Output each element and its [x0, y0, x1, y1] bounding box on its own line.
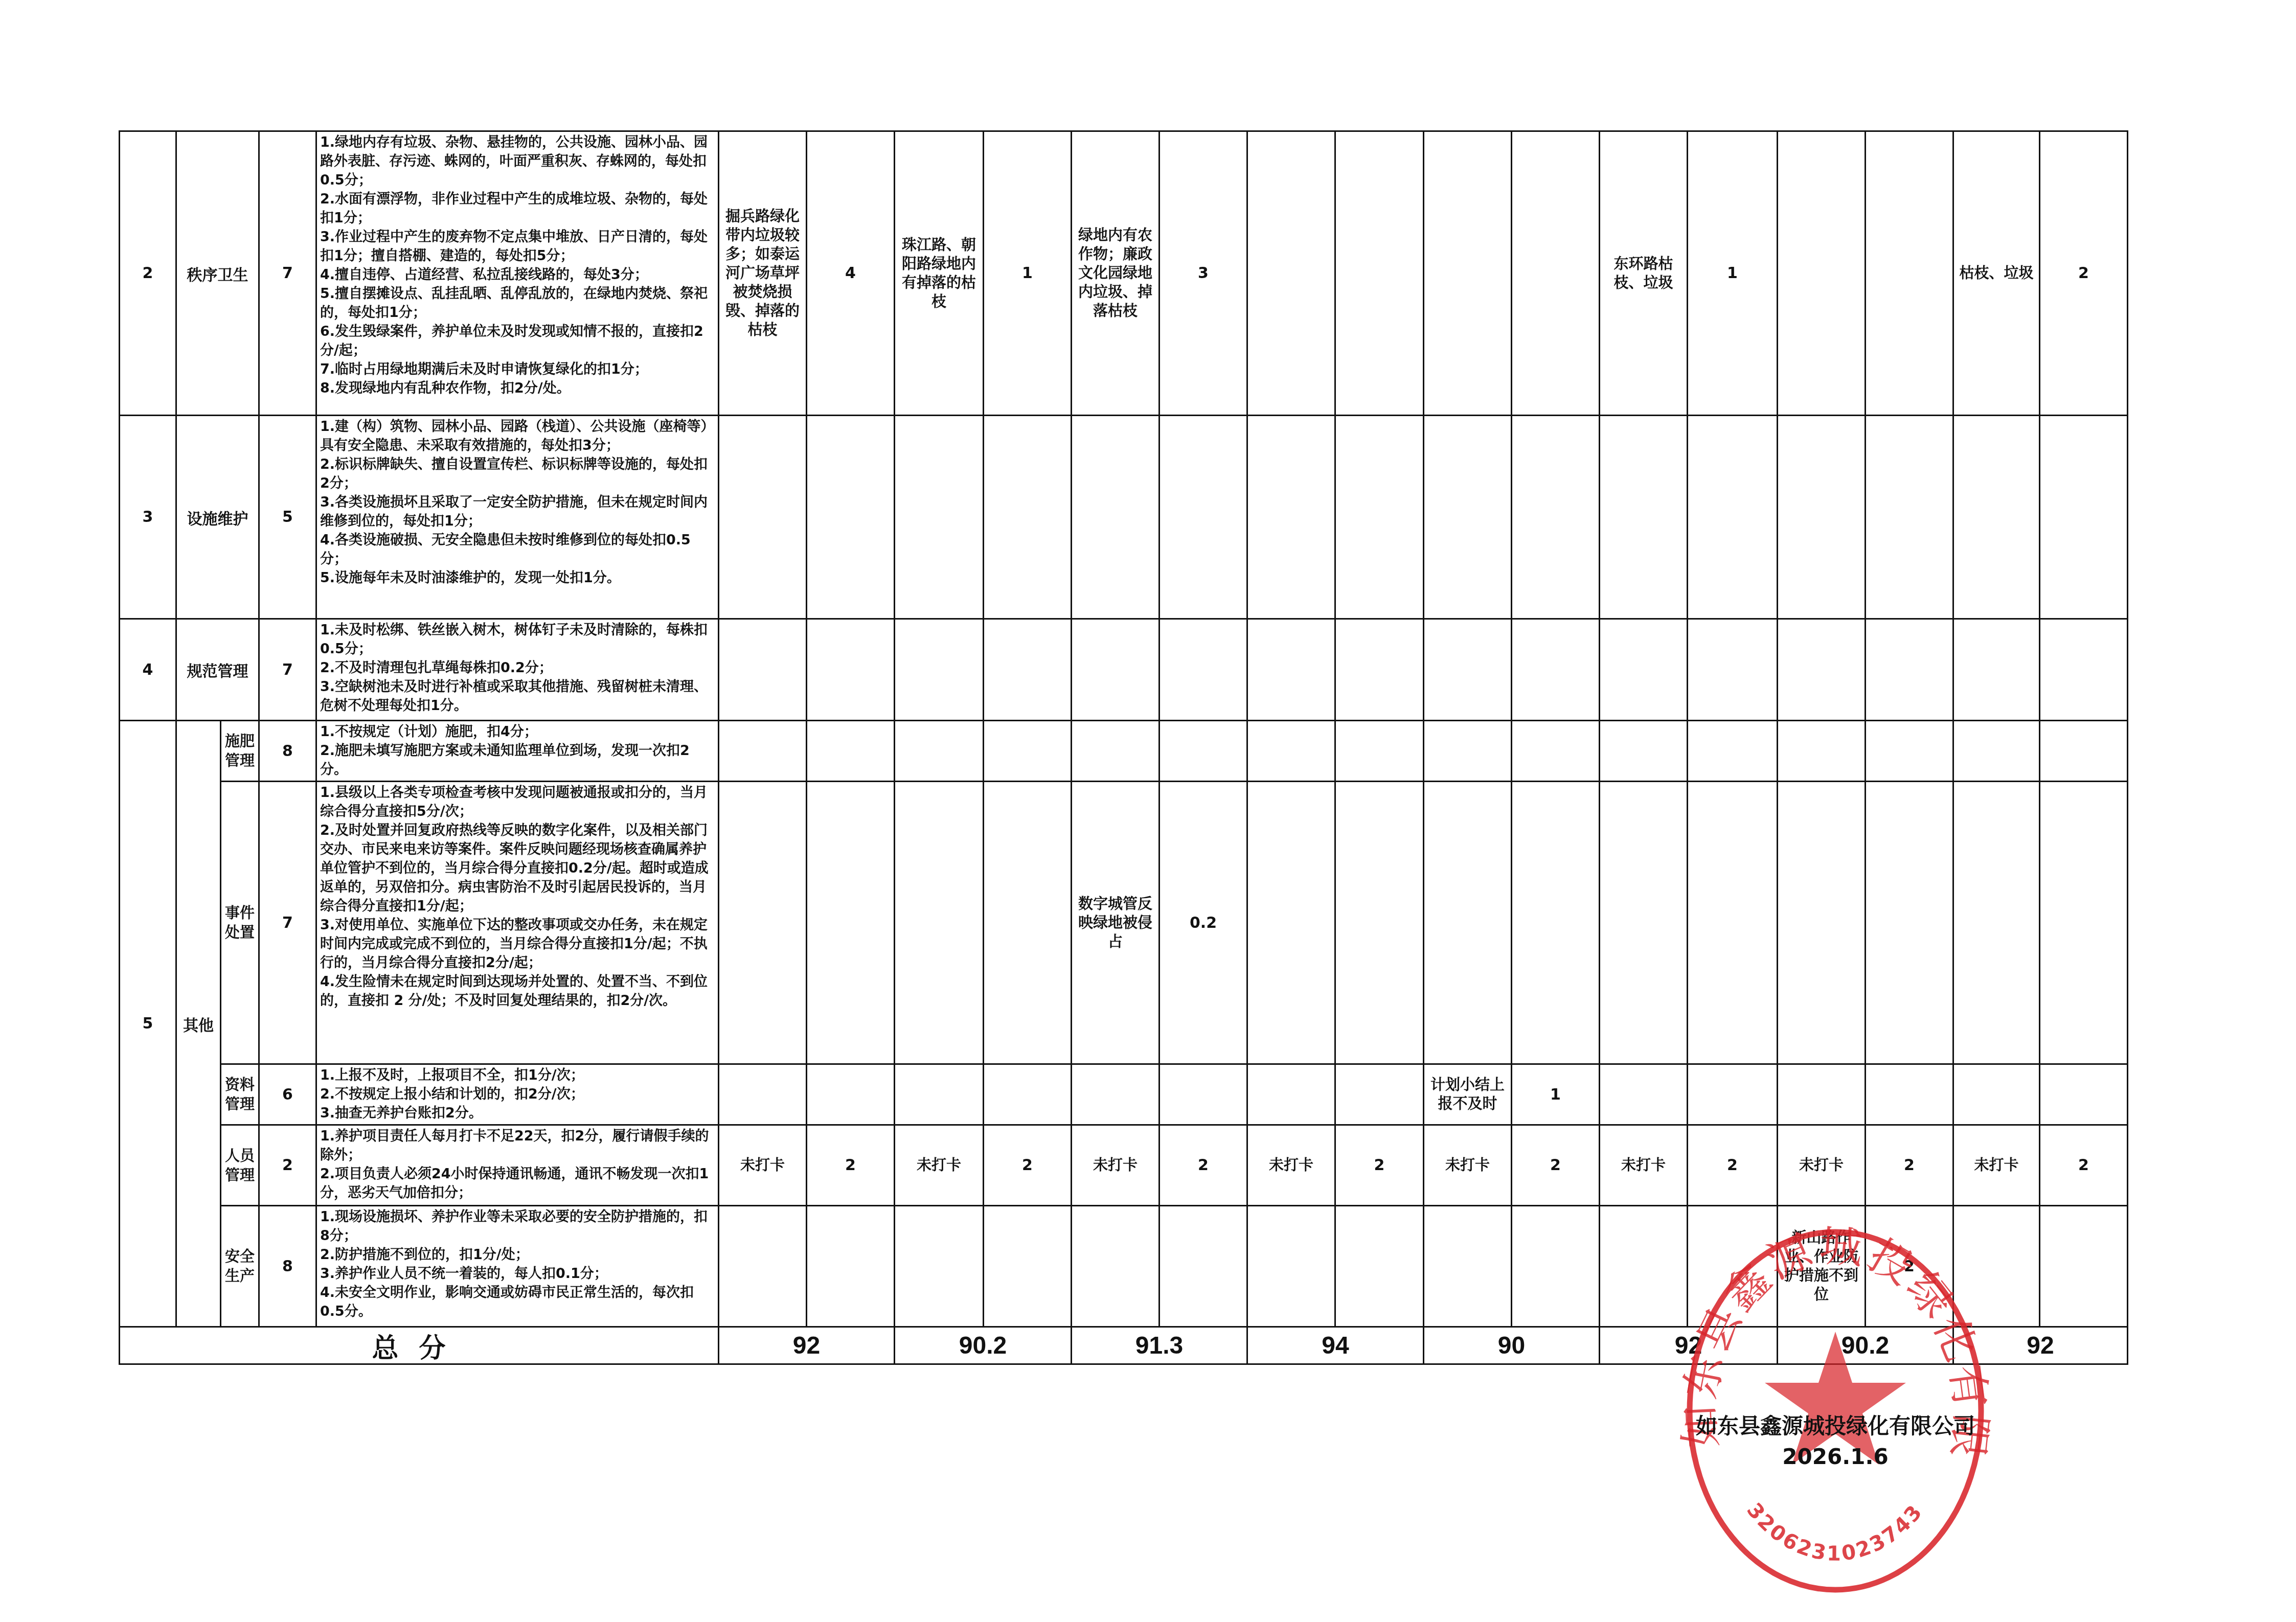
deduction-cell	[2039, 618, 2128, 721]
issue-cell: 未打卡	[1952, 1124, 2040, 1206]
issue-cell	[1599, 781, 1688, 1065]
deduction-cell	[1158, 1205, 1248, 1328]
deduction-cell	[1334, 130, 1424, 416]
issue-cell	[1071, 618, 1160, 721]
issue-cell	[1423, 618, 1512, 721]
issue-cell	[1777, 415, 1866, 620]
deduction-cell	[1334, 720, 1424, 782]
subcategory-criteria: 1.县级以上各类专项检查考核中发现问题被通报或扣分的，当月综合得分直接扣5分/次…	[315, 781, 719, 1065]
issue-cell	[1246, 1063, 1336, 1126]
issue-cell	[1599, 720, 1688, 782]
row-seq: 5	[119, 720, 177, 1328]
issue-cell: 数字城管反映绿地被侵占	[1071, 781, 1160, 1065]
issue-cell	[1777, 130, 1866, 416]
issue-cell	[1599, 1063, 1688, 1126]
subcategory-max-score: 8	[258, 1205, 317, 1328]
deduction-cell	[2039, 415, 2128, 620]
issue-cell: 未打卡	[1423, 1124, 1512, 1206]
total-score: 92	[718, 1326, 895, 1365]
total-score: 91.3	[1071, 1326, 1248, 1365]
deduction-cell	[1511, 781, 1600, 1065]
deduction-cell	[1865, 781, 1954, 1065]
issue-cell	[1071, 415, 1160, 620]
subcategory-max-score: 7	[258, 781, 317, 1065]
issue-cell	[1423, 781, 1512, 1065]
deduction-cell	[806, 415, 895, 620]
issue-cell	[1071, 720, 1160, 782]
deduction-cell	[1865, 720, 1954, 782]
deduction-cell	[1158, 1063, 1248, 1126]
subcategory-max-score: 2	[258, 1124, 317, 1206]
subcategory-max-score: 6	[258, 1063, 317, 1126]
issue-cell: 珠江路、朝阳路绿地内有掉落的枯枝	[894, 130, 984, 416]
deduction-cell	[1865, 415, 1954, 620]
issue-cell	[1071, 1063, 1160, 1126]
deduction-cell: 1	[983, 130, 1072, 416]
deduction-cell	[1334, 781, 1424, 1065]
total-score: 90	[1423, 1326, 1600, 1365]
issue-cell	[1423, 415, 1512, 620]
issue-cell	[1952, 618, 2040, 721]
issue-cell	[1599, 1205, 1688, 1328]
deduction-cell	[1865, 618, 1954, 721]
issue-cell: 未打卡	[1599, 1124, 1688, 1206]
deduction-cell: 2	[2039, 1124, 2128, 1206]
issue-cell	[894, 1205, 984, 1328]
deduction-cell	[1334, 1063, 1424, 1126]
deduction-cell	[1865, 1063, 1954, 1126]
deduction-cell	[983, 1205, 1072, 1328]
deduction-cell: 2	[1865, 1124, 1954, 1206]
issue-cell	[894, 781, 984, 1065]
total-score: 90.2	[1777, 1326, 1954, 1365]
deduction-cell: 2	[806, 1124, 895, 1206]
issue-cell	[1246, 130, 1336, 416]
issue-cell: 未打卡	[1071, 1124, 1160, 1206]
deduction-cell	[1687, 618, 1778, 721]
issue-cell	[1246, 781, 1336, 1065]
issue-cell	[1777, 1063, 1866, 1126]
deduction-cell: 1	[1511, 1063, 1600, 1126]
deduction-cell	[2039, 1205, 2128, 1328]
issue-cell: 计划小结上报不及时	[1423, 1063, 1512, 1126]
deduction-cell: 2	[1334, 1124, 1424, 1206]
deduction-cell	[983, 1063, 1072, 1126]
issue-cell: 东环路枯枝、垃圾	[1599, 130, 1688, 416]
subcategory-criteria: 1.养护项目责任人每月打卡不足22天，扣2分，履行请假手续的除外； 2.项目负责…	[315, 1124, 719, 1206]
total-score: 92	[1599, 1326, 1778, 1365]
row-seq: 3	[119, 415, 177, 620]
total-label: 总分	[119, 1326, 719, 1365]
deduction-cell	[1687, 781, 1778, 1065]
issue-cell	[1777, 781, 1866, 1065]
issue-cell: 未打卡	[718, 1124, 807, 1206]
deduction-cell: 0.2	[1158, 781, 1248, 1065]
issue-cell	[1952, 1063, 2040, 1126]
deduction-cell: 2	[983, 1124, 1072, 1206]
issue-cell: 绿地内有农作物；廉政文化园绿地内垃圾、掉落枯枝	[1071, 130, 1160, 416]
deduction-cell	[1511, 130, 1600, 416]
issue-cell	[894, 415, 984, 620]
deduction-cell	[1687, 720, 1778, 782]
issue-cell: 未打卡	[1777, 1124, 1866, 1206]
subcategory-label: 人员管理	[220, 1124, 260, 1206]
issue-cell	[1952, 415, 2040, 620]
deduction-cell	[1511, 1205, 1600, 1328]
subcategory-criteria: 1.现场设施损坏、养护作业等未采取必要的安全防护措施的，扣8分； 2.防护措施不…	[315, 1205, 719, 1328]
deduction-cell: 1	[1687, 130, 1778, 416]
deduction-cell: 2	[1687, 1124, 1778, 1206]
issue-cell	[1246, 720, 1336, 782]
issue-cell	[1423, 130, 1512, 416]
issue-cell	[894, 618, 984, 721]
issue-cell	[1071, 1205, 1160, 1328]
row-category: 规范管理	[175, 618, 260, 721]
total-score: 92	[1952, 1326, 2128, 1365]
subcategory-max-score: 8	[258, 720, 317, 782]
deduction-cell	[1687, 1205, 1778, 1328]
total-score: 90.2	[894, 1326, 1072, 1365]
deduction-cell	[806, 1063, 895, 1126]
issue-cell: 掘兵路绿化带内垃圾较多；如泰运河广场草坪被焚烧损毁、掉落的枯枝	[718, 130, 807, 416]
deduction-cell	[806, 720, 895, 782]
deduction-cell	[1334, 1205, 1424, 1328]
deduction-cell: 2	[2039, 130, 2128, 416]
deduction-cell	[2039, 720, 2128, 782]
issue-cell	[718, 781, 807, 1065]
row-criteria: 1.绿地内存有垃圾、杂物、悬挂物的，公共设施、园林小品、园路外表脏、存污迹、蛛网…	[315, 130, 719, 416]
row-category: 其他	[175, 720, 221, 1328]
issue-cell	[718, 1205, 807, 1328]
total-score: 94	[1246, 1326, 1424, 1365]
deduction-cell	[806, 618, 895, 721]
subcategory-criteria: 1.上报不及时，上报项目不全，扣1分/次； 2.不按规定上报小结和计划的，扣2分…	[315, 1063, 719, 1126]
subcategory-label: 安全生产	[220, 1205, 260, 1328]
subcategory-label: 资料管理	[220, 1063, 260, 1126]
deduction-cell	[1687, 1063, 1778, 1126]
row-category: 秩序卫生	[175, 130, 260, 416]
deduction-cell	[1158, 415, 1248, 620]
deduction-cell	[1511, 720, 1600, 782]
deduction-cell	[1334, 618, 1424, 721]
issue-cell	[1777, 618, 1866, 721]
row-max-score: 7	[258, 618, 317, 721]
deduction-cell	[2039, 1063, 2128, 1126]
deduction-cell: 3	[1158, 130, 1248, 416]
deduction-cell	[983, 415, 1072, 620]
row-criteria: 1.未及时松绑、铁丝嵌入树木，树体钉子未及时清除的，每株扣0.5分； 2.不及时…	[315, 618, 719, 721]
issue-cell	[718, 415, 807, 620]
deduction-cell: 2	[1511, 1124, 1600, 1206]
issue-cell	[1246, 618, 1336, 721]
issue-cell: 未打卡	[1246, 1124, 1336, 1206]
deduction-cell	[806, 781, 895, 1065]
issue-cell	[894, 1063, 984, 1126]
issue-cell	[1777, 720, 1866, 782]
row-max-score: 7	[258, 130, 317, 416]
row-seq: 4	[119, 618, 177, 721]
issue-cell	[1952, 720, 2040, 782]
subcategory-label: 施肥管理	[220, 720, 260, 782]
issue-cell	[718, 1063, 807, 1126]
issue-cell	[718, 720, 807, 782]
issue-cell	[1423, 720, 1512, 782]
deduction-cell	[983, 781, 1072, 1065]
deduction-cell	[983, 720, 1072, 782]
deduction-cell: 2	[1865, 1205, 1954, 1328]
row-criteria: 1.建（构）筑物、园林小品、园路（栈道）、公共设施（座椅等）具有安全隐患、未采取…	[315, 415, 719, 620]
issue-cell	[1246, 415, 1336, 620]
deduction-cell	[2039, 781, 2128, 1065]
issue-cell: 未打卡	[894, 1124, 984, 1206]
issue-cell	[1423, 1205, 1512, 1328]
issue-cell	[1599, 415, 1688, 620]
deduction-cell	[1334, 415, 1424, 620]
deduction-cell: 4	[806, 130, 895, 416]
deduction-cell	[983, 618, 1072, 721]
evaluation-sheet: 2秩序卫生71.绿地内存有垃圾、杂物、悬挂物的，公共设施、园林小品、园路外表脏、…	[0, 0, 2296, 1622]
row-seq: 2	[119, 130, 177, 416]
issue-cell	[1599, 618, 1688, 721]
subcategory-criteria: 1.不按规定（计划）施肥，扣4分； 2.施肥未填写施肥方案或未通知监理单位到场，…	[315, 720, 719, 782]
deduction-cell	[806, 1205, 895, 1328]
issue-cell	[1952, 781, 2040, 1065]
deduction-cell	[1511, 618, 1600, 721]
issue-cell: 新山路作业、作业防护措施不到位	[1777, 1205, 1866, 1328]
issue-cell	[1952, 1205, 2040, 1328]
deduction-cell: 2	[1158, 1124, 1248, 1206]
subcategory-label: 事件处置	[220, 781, 260, 1065]
issue-cell: 枯枝、垃圾	[1952, 130, 2040, 416]
row-category: 设施维护	[175, 415, 260, 620]
issue-cell	[894, 720, 984, 782]
deduction-cell	[1687, 415, 1778, 620]
deduction-cell	[1865, 130, 1954, 416]
issue-cell	[718, 618, 807, 721]
deduction-cell	[1158, 618, 1248, 721]
issue-cell	[1246, 1205, 1336, 1328]
deduction-cell	[1158, 720, 1248, 782]
deduction-cell	[1511, 415, 1600, 620]
row-max-score: 5	[258, 415, 317, 620]
